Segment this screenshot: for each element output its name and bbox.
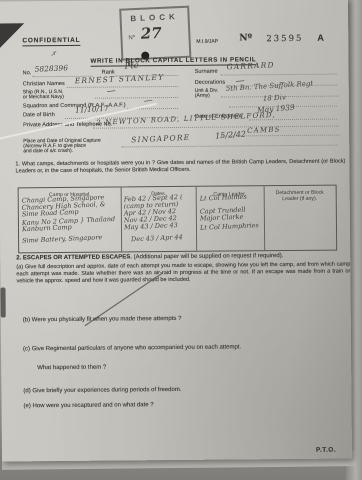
corner-shadow-artifact: [0, 23, 24, 49]
page-turn-over-label: P.T.O.: [316, 447, 336, 454]
edge-smudge-artifact: [0, 287, 5, 317]
question-c2-text: What happened to them ?: [37, 365, 106, 372]
photograph-of-form: CONFIDENTIAL BLOCK Nº27 D. M.I.9/JAP Nº …: [0, 0, 362, 480]
question-e-text: (e) How were you recaptured and on what …: [24, 402, 154, 409]
questionnaire-page: CONFIDENTIAL BLOCK Nº27 D. M.I.9/JAP Nº …: [0, 0, 352, 462]
